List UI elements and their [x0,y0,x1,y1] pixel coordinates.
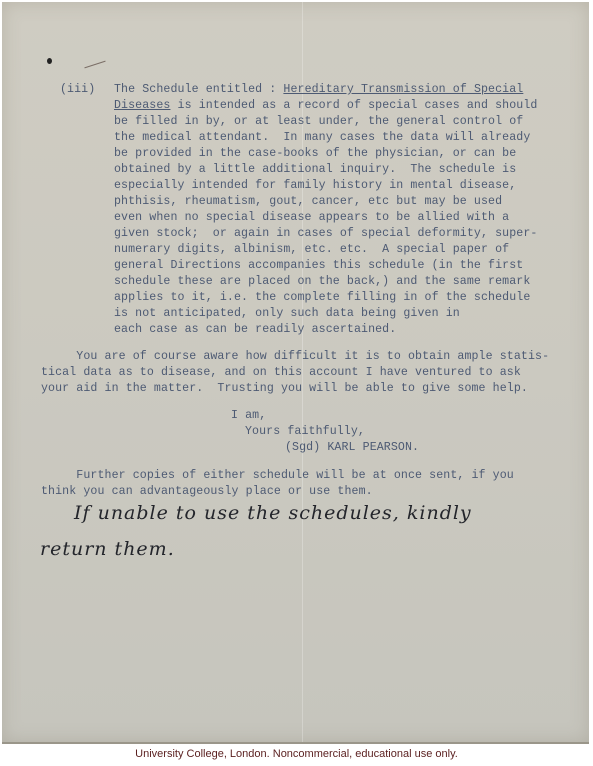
paragraph-aware-line: your aid in the matter. Trusting you wil… [41,381,528,397]
closing-i-am: I am, [231,408,266,424]
paragraph-iii-line: phthisis, rheumatism, gout, cancer, etc … [114,194,502,210]
line-text: is intended as a record of special cases… [170,99,537,112]
paragraph-iii-line: the medical attendant. In many cases the… [114,130,530,146]
paragraph-iii-line-1: The Schedule entitled : Hereditary Trans… [114,82,523,98]
signature: (Sgd) KARL PEARSON. [285,440,419,456]
paragraph-iii-line: especially intended for family history i… [114,178,516,194]
ink-spot [47,58,52,64]
letter-page: (iii) The Schedule entitled : Hereditary… [2,2,589,744]
paragraph-iii-line: given stock; or again in cases of specia… [114,226,537,242]
paragraph-iii-line: general Directions accompanies this sche… [114,258,523,274]
paragraph-copies-line: think you can advantageously place or us… [41,484,373,500]
paragraph-iii-line: numerary digits, albinism, etc. etc. A s… [114,242,509,258]
paragraph-iii-line: obtained by a little additional inquiry.… [114,162,516,178]
paragraph-aware-line: You are of course aware how difficult it… [41,349,549,365]
paragraph-iii-line: even when no special disease appears to … [114,210,509,226]
paragraph-iii-line: be filled in by, or at least under, the … [114,114,523,130]
paragraph-aware-line: tical data as to disease, and on this ac… [41,365,521,381]
paragraph-iii-line: be provided in the case-books of the phy… [114,146,516,162]
paragraph-iii-line: schedule these are placed on the back,) … [114,274,530,290]
paragraph-iii-line: is not anticipated, only such data being… [114,306,460,322]
line-text: The Schedule entitled : [114,83,283,96]
paragraph-iii-line: each case as can be readily ascertained. [114,322,396,338]
handwritten-note-line: return them. [40,538,175,560]
paragraph-iii-line-2: Diseases is intended as a record of spec… [114,98,537,114]
schedule-title-cont: Diseases [114,99,170,112]
handwritten-note-line: If unable to use the schedules, kindly [74,502,472,524]
paragraph-iii-line: applies to it, i.e. the complete filling… [114,290,530,306]
schedule-title: Hereditary Transmission of Special [283,83,523,96]
closing-yours: Yours faithfully, [245,424,365,440]
copyright-caption: University College, London. Noncommercia… [0,748,593,760]
item-label-iii: (iii) [60,82,95,98]
pen-mark [84,61,105,69]
paragraph-copies-line: Further copies of either schedule will b… [41,468,514,484]
